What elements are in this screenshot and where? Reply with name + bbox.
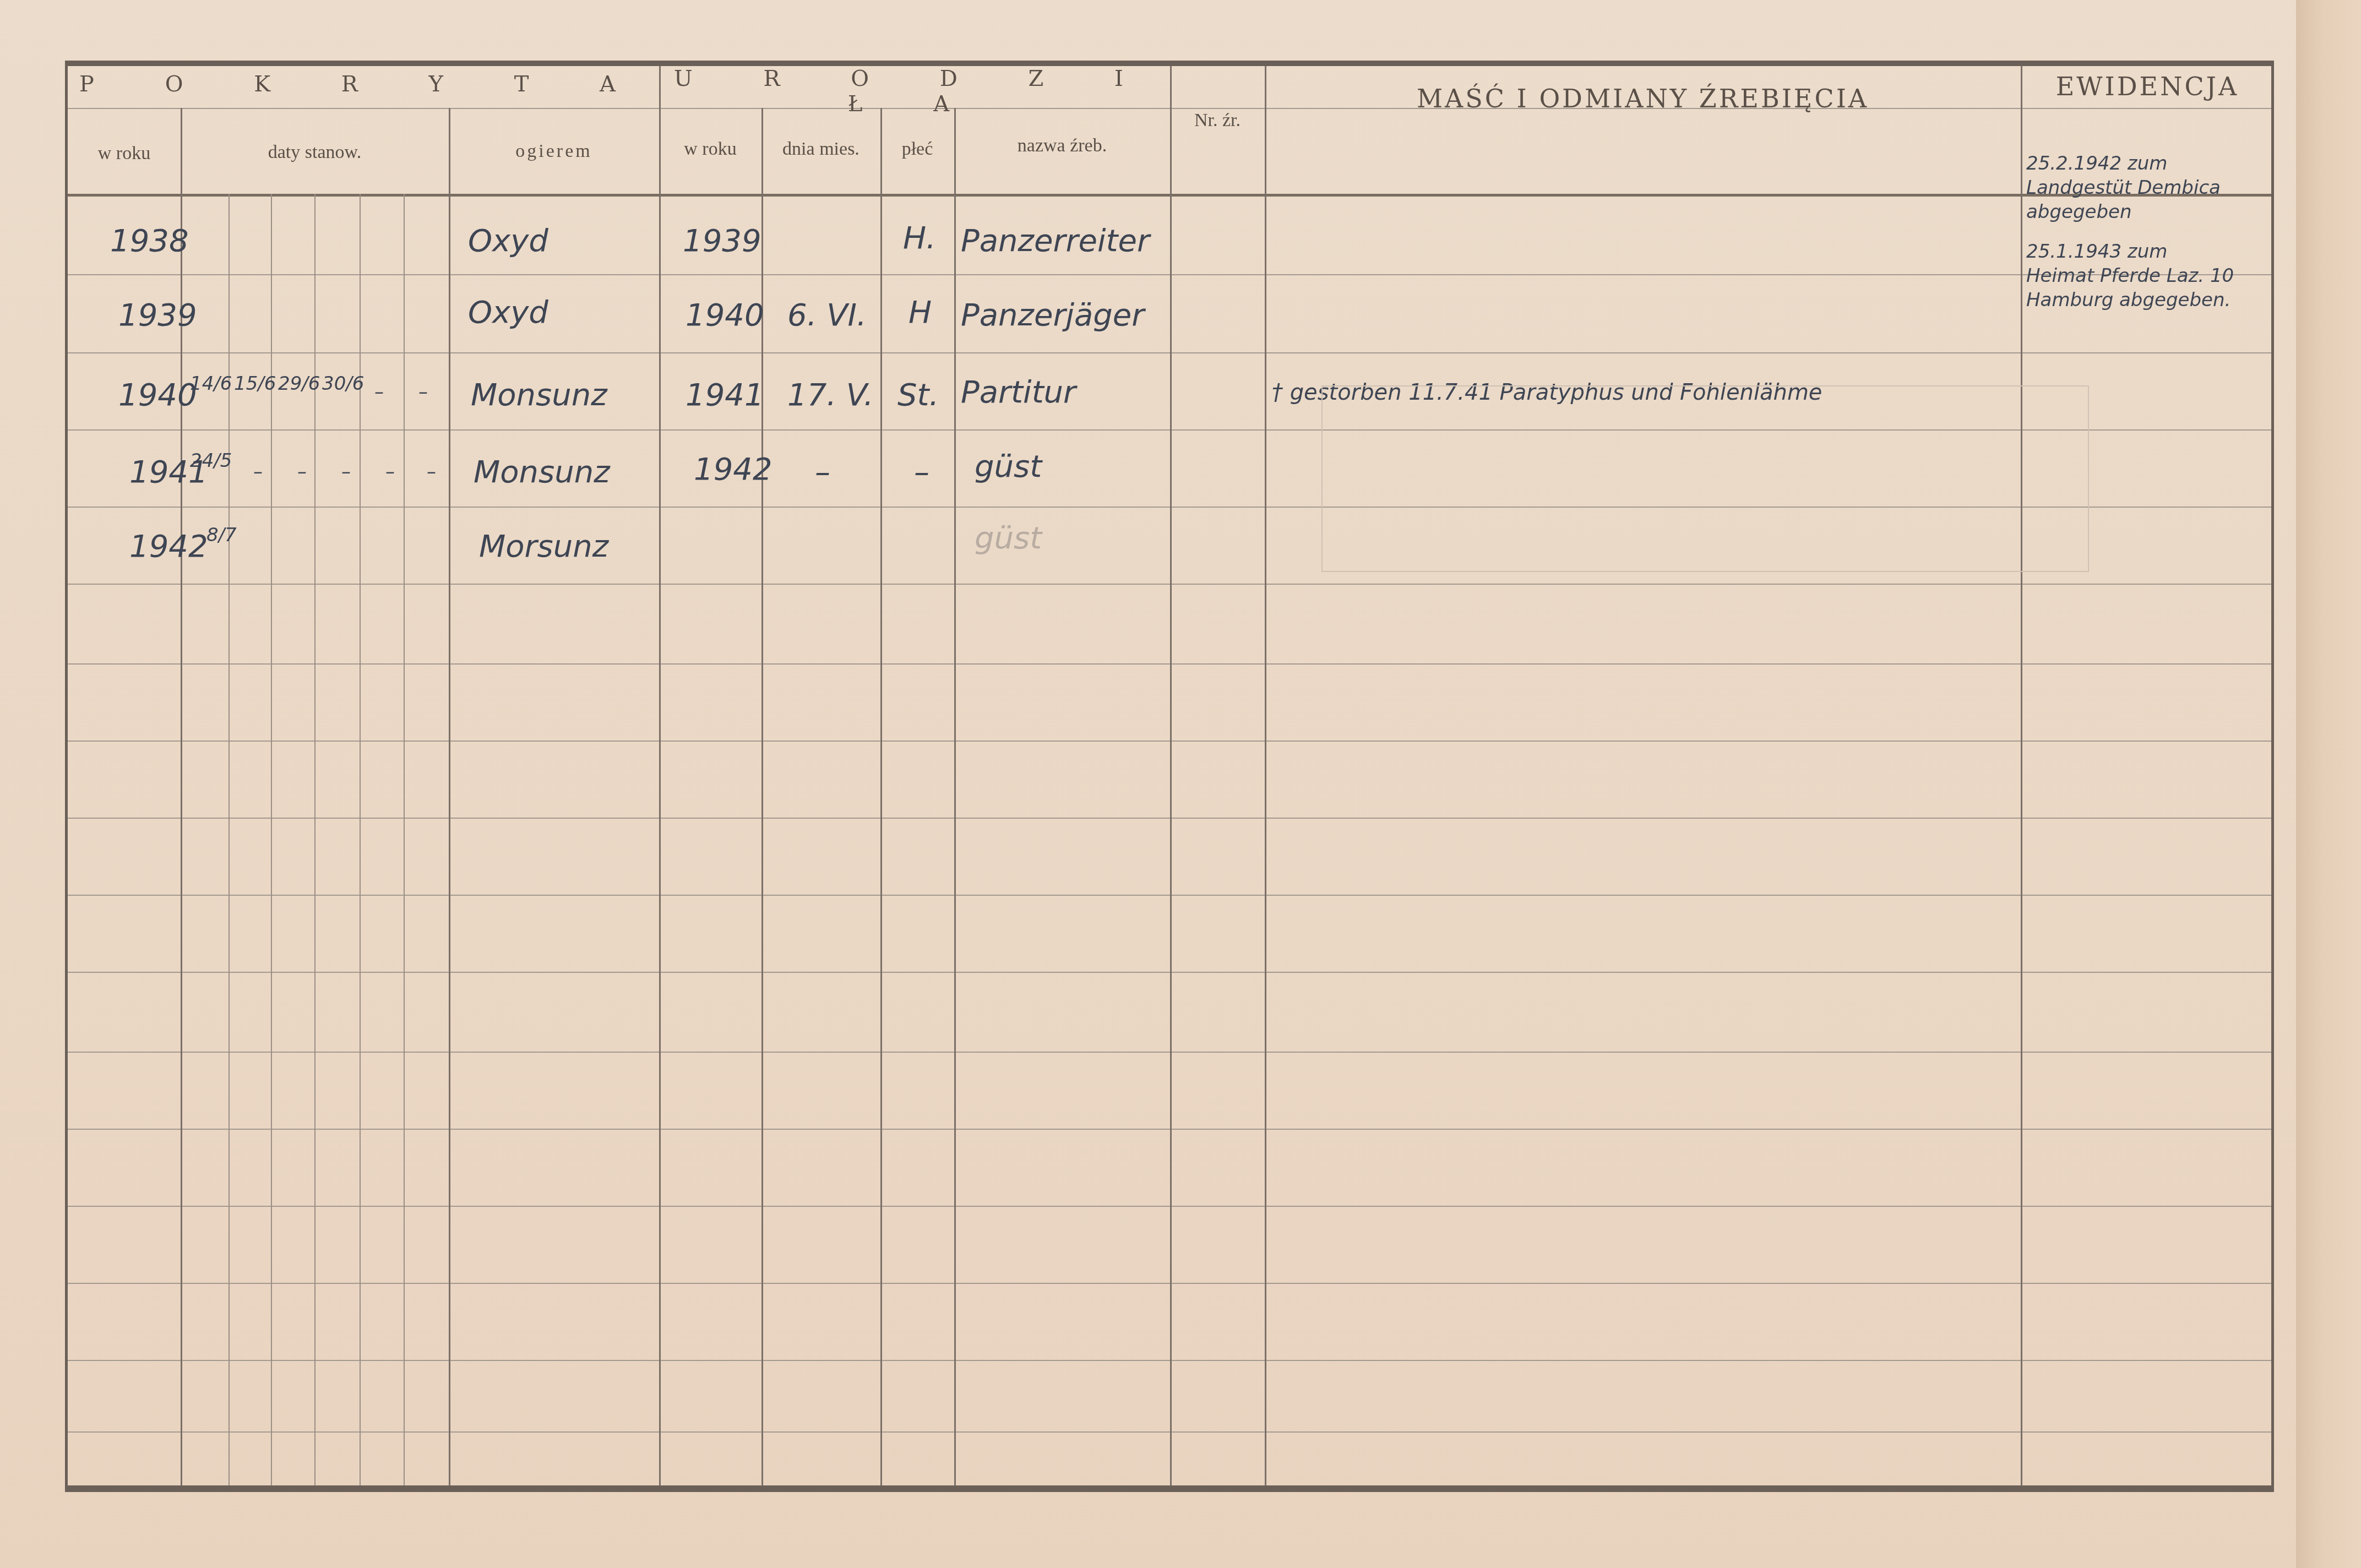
breeding-register-table: P O K R Y T A U R O D Z I Ł A Nr. źr. MA… — [65, 61, 2274, 1492]
col-line — [880, 108, 882, 1485]
header-bottom-line — [68, 194, 2271, 197]
row-line — [68, 1431, 2271, 1433]
header-nazwa-zreb: nazwa źreb. — [954, 135, 1170, 156]
cell-foal-name: Panzerreiter — [961, 223, 1150, 259]
cell-service-date: – — [374, 383, 384, 401]
ghost-text: güst — [975, 520, 1042, 556]
cell-foal-name: Partitur — [961, 374, 1076, 410]
col-line — [449, 108, 450, 1485]
cell-birth-year: 1940 — [686, 297, 764, 333]
row-line — [68, 663, 2271, 665]
col-line — [1170, 66, 1172, 1485]
col-line — [954, 108, 956, 1485]
cell-service-date: – — [385, 462, 395, 481]
cell-stallion: Oxyd — [468, 223, 548, 259]
cell-birth-date: – — [815, 454, 830, 490]
cell-birth-date: 6. VI. — [787, 297, 867, 333]
header-daty-stanow: daty stanow. — [181, 142, 449, 163]
header-ogierem: ogierem — [449, 141, 659, 162]
cell-sex: H. — [903, 220, 936, 256]
cell-covered-year: 1938 — [110, 223, 189, 259]
cell-service-date: 15/6 — [234, 374, 276, 393]
row-line — [68, 1283, 2271, 1284]
cell-birth-year: 1941 — [686, 377, 764, 413]
row-line — [68, 352, 2271, 353]
cell-birth-date: 17. V. — [787, 377, 874, 413]
cell-stallion: Monsunz — [471, 377, 607, 413]
row-line — [68, 1206, 2271, 1207]
header-pokryta: P O K R Y T A — [68, 72, 659, 97]
header-dnia-mies: dnia mies. — [761, 139, 880, 160]
cell-foal-name: güst — [975, 449, 1042, 484]
header-w-roku-birth: w roku — [659, 139, 761, 160]
row-line — [68, 818, 2271, 819]
cell-stallion: Oxyd — [468, 295, 548, 330]
cell-covered-year: 1939 — [118, 297, 197, 333]
page-edge — [2296, 0, 2361, 1568]
ewidencja-entry: 25.2.1942 zum Landgestüt Dembica abgegeb… — [2026, 151, 2221, 224]
cell-service-date: 8/7 — [206, 526, 237, 545]
cell-stallion: Monsunz — [474, 454, 610, 490]
header-masc: MAŚĆ I ODMIANY ŹREBIĘCIA — [1265, 84, 2021, 113]
ewidencja-entry: 25.1.1943 zum Heimat Pferde Laz. 10 Hamb… — [2026, 239, 2234, 312]
cell-service-date: – — [253, 462, 263, 481]
row-line — [68, 1360, 2271, 1361]
cell-service-date: – — [427, 462, 436, 481]
cell-sex: St. — [897, 377, 939, 413]
cell-sex: – — [914, 454, 929, 490]
cell-foal-name: Panzerjäger — [961, 297, 1144, 333]
row-line — [68, 741, 2271, 742]
row-line — [68, 274, 2271, 275]
cell-service-date: 24/5 — [190, 451, 232, 470]
row-line — [68, 584, 2271, 585]
header-urodzila: U R O D Z I Ł A — [659, 66, 1170, 117]
row-line — [68, 972, 2271, 973]
cell-birth-year: 1939 — [683, 223, 761, 259]
row-line — [68, 1129, 2271, 1130]
cell-service-date: – — [341, 462, 351, 481]
cell-service-date: – — [297, 462, 307, 481]
header-ewidencja: EWIDENCJA — [2021, 72, 2274, 101]
header-plec: płeć — [880, 139, 954, 160]
header-w-roku: w roku — [68, 143, 181, 164]
cell-covered-year: 1942 — [129, 529, 208, 564]
cell-service-date: 14/6 — [190, 374, 232, 393]
row-line — [68, 1052, 2271, 1053]
cell-service-date: 29/6 — [278, 374, 320, 393]
col-line — [404, 194, 405, 1485]
cell-covered-year: 1940 — [118, 377, 197, 413]
cell-service-date: 30/6 — [322, 374, 364, 393]
col-line — [1265, 66, 1266, 1485]
col-line — [659, 66, 661, 1485]
header-nr-zr: Nr. źr. — [1170, 110, 1265, 131]
row-line — [68, 895, 2271, 896]
cell-birth-year: 1942 — [694, 451, 773, 487]
bleed-through-frame — [1321, 385, 2089, 572]
cell-stallion: Morsunz — [479, 529, 608, 564]
cell-service-date: – — [418, 383, 428, 401]
col-line — [2021, 66, 2022, 1485]
cell-sex: H — [909, 295, 932, 330]
